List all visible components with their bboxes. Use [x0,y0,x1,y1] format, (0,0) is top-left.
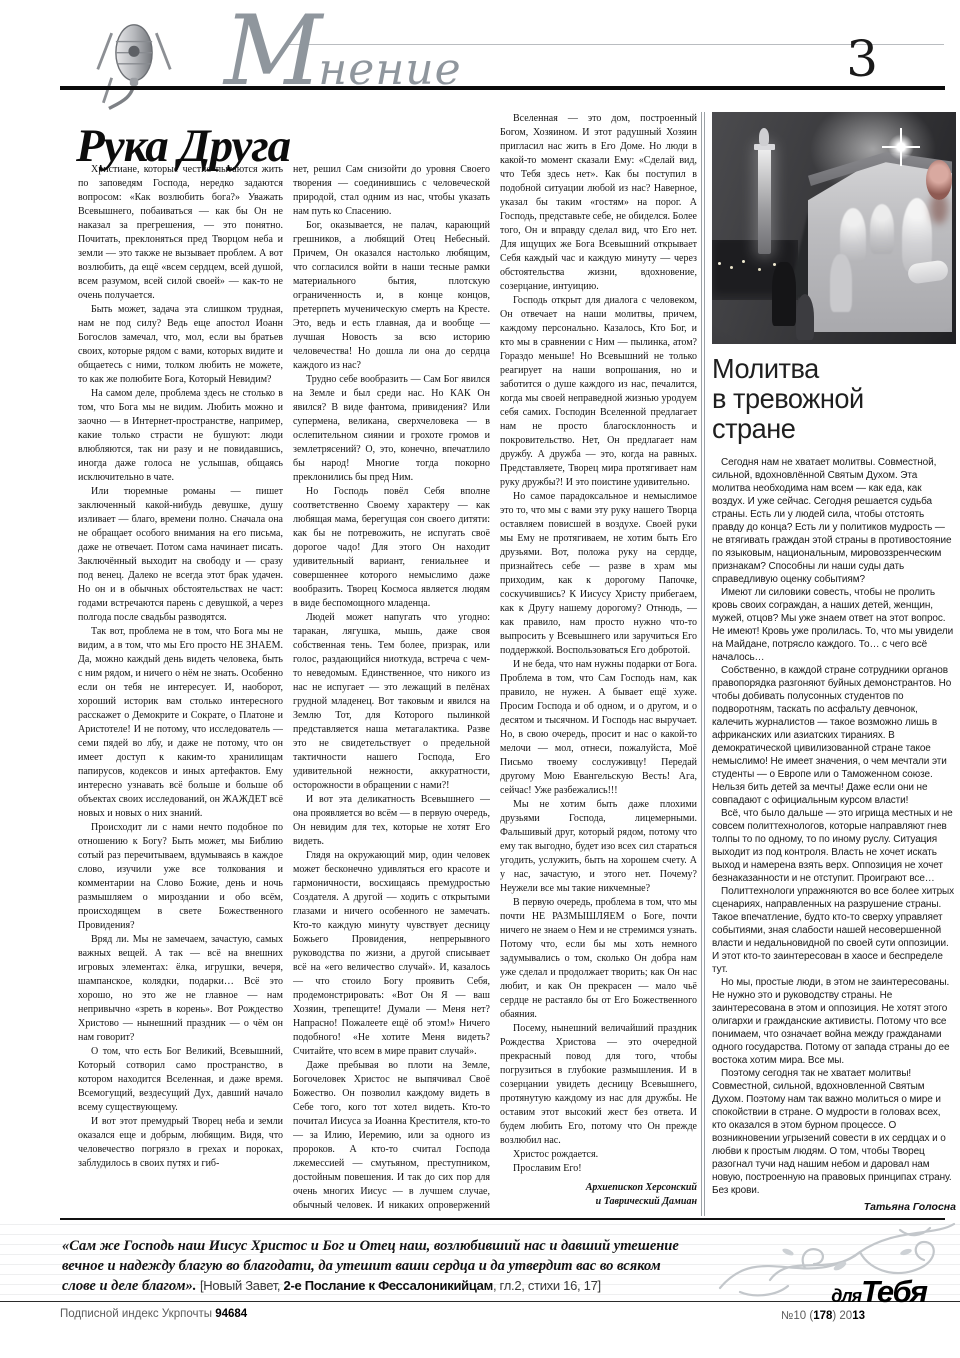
paragraph: Бог, оказывается, не палач, карающий гре… [293,219,490,373]
paragraph: Мы не хотим быть даже плохими друзьями Г… [500,798,697,896]
paragraph: Христос рождается. [500,1148,697,1162]
paragraph: Но мы, простые люди, в этом не заинтерес… [712,976,956,1067]
issue-year: 13 [852,1310,865,1322]
paragraph: На самом деле, проблема здесь не столько… [78,387,283,485]
signature-line: и Таврический Дамиан [500,1195,697,1209]
paragraph: Всё, что было дальше — это игрища местны… [712,807,956,885]
microphone-icon [92,22,176,114]
paragraph: И не беда, что нам нужны подарки от Бога… [500,658,697,798]
paragraph: О том, что есть Бог Великий, Всевышний, … [78,1045,283,1115]
section-title-script: Мнение [224,8,462,108]
logo-main: Тебя [861,1274,926,1309]
page-number: 3 [846,34,878,84]
quote-citation: [Новый Завет, 2-е Послание к Фессалоники… [200,1278,601,1293]
footer-rule [0,1301,960,1302]
paragraph: Имеют ли силовики совесть, чтобы не прол… [712,586,956,664]
header-rule [60,86,945,90]
section-title-cap: М [224,0,318,107]
issue-number: 178 [813,1310,832,1322]
paragraph: Посему, нынешний величайший праздник Рож… [500,1022,697,1148]
scripture-quote: «Сам же Господь наш Иисус Христос и Бог … [62,1236,692,1296]
article-signature: Архиепископ Херсонский и Таврический Дам… [500,1181,697,1208]
article-bottom-rule [60,1218,945,1220]
paragraph: Даже пребывая во плоти на Земле, Богочел… [293,1059,490,1213]
sidebar-title-line: в тревожной [712,384,949,414]
paragraph: Вряд ли. Мы не замечаем, зачастую, самых… [78,933,283,1045]
paragraph: Происходит ли с нами нечто подобное по о… [78,821,283,933]
sidebar-text: Сегодня нам не хватает молитвы. Совместн… [712,456,956,1197]
paragraph: Но самое парадоксальное и немыслимое это… [500,490,697,658]
newspaper-page: { "page": { "section_script": { "cap": "… [0,0,960,1358]
citation-book: 2-е Послание к Фессалоникийцам [284,1278,493,1293]
paragraph: Глядя на окружающий мир, один человек мо… [293,849,490,1059]
issue-info: №10 (178) 2013 [781,1310,865,1322]
subscription-number: 94684 [215,1308,247,1320]
citation-open: [Новый Завет, [200,1278,284,1293]
paragraph: И вот эта деликатность Всевышнего — она … [293,793,490,849]
paragraph: Господь открыт для диалога с человеком, … [500,294,697,490]
paragraph: Или тюремные романы — пишет заключенный … [78,485,283,625]
sidebar-article: Молитва в тревожной стране Сегодня нам н… [712,112,956,1213]
paragraph: Так вот, проблема не в том, что Бога мы … [78,625,283,821]
sidebar-title-line: Молитва [712,354,949,384]
paragraph: Людей может напугать что угодно: таракан… [293,611,490,793]
newspaper-logo: дляТебя [831,1276,926,1307]
paragraph: нет, решил Сам снизойти до уровня Своего… [293,163,490,219]
column-divider-double-rule [701,112,705,1216]
citation-close: , гл.2, стихи 16, 17] [493,1278,601,1293]
paragraph: Быть может, задача эта слишком трудная, … [78,303,283,387]
paragraph: Поэтому сегодня так не хватает молитвы! … [712,1067,956,1197]
photo-vignette [712,112,956,344]
paragraph: Христиане, которые честно пытаются жить … [78,163,283,303]
article-column-3: Вселенная — это дом, построенный Богом, … [500,112,697,1215]
paragraph: Собственно, в каждой стране сотрудники о… [712,664,956,807]
article-column-3-text: Вселенная — это дом, построенный Богом, … [500,112,697,1176]
paragraph: Политтехнологи упражняются во все более … [712,885,956,976]
paragraph: И вот этот премудрый Творец неба и земли… [78,1115,283,1171]
logo-prefix: для [831,1286,861,1306]
article-column-2: нет, решил Сам снизойти до уровня Своего… [293,163,490,1213]
subscription-index: Подписной индекс Укрпочты 94684 [60,1308,247,1320]
paragraph: Сегодня нам не хватает молитвы. Совместн… [712,456,956,586]
sidebar-author: Татьяна Голосна [712,1201,956,1213]
issue-prefix: №10 ( [781,1310,813,1322]
sidebar-title: Молитва в тревожной стране [712,354,949,444]
paragraph: Но Господь повёл Себя вполне соответстве… [293,485,490,611]
paragraph: В первую очередь, проблема в том, что мы… [500,896,697,1022]
subscription-label: Подписной индекс Укрпочты [60,1308,215,1320]
issue-mid: ) 20 [832,1310,852,1322]
paragraph: Прославим Его! [500,1162,697,1176]
paragraph: Трудно себе вообразить — Сам Бог явился … [293,373,490,485]
nativity-photo [712,112,956,344]
article-column-1: Христиане, которые честно пытаются жить … [78,163,283,1213]
signature-line: Архиепископ Херсонский [500,1181,697,1195]
paragraph: Вселенная — это дом, построенный Богом, … [500,112,697,294]
sidebar-title-line: стране [712,414,949,444]
